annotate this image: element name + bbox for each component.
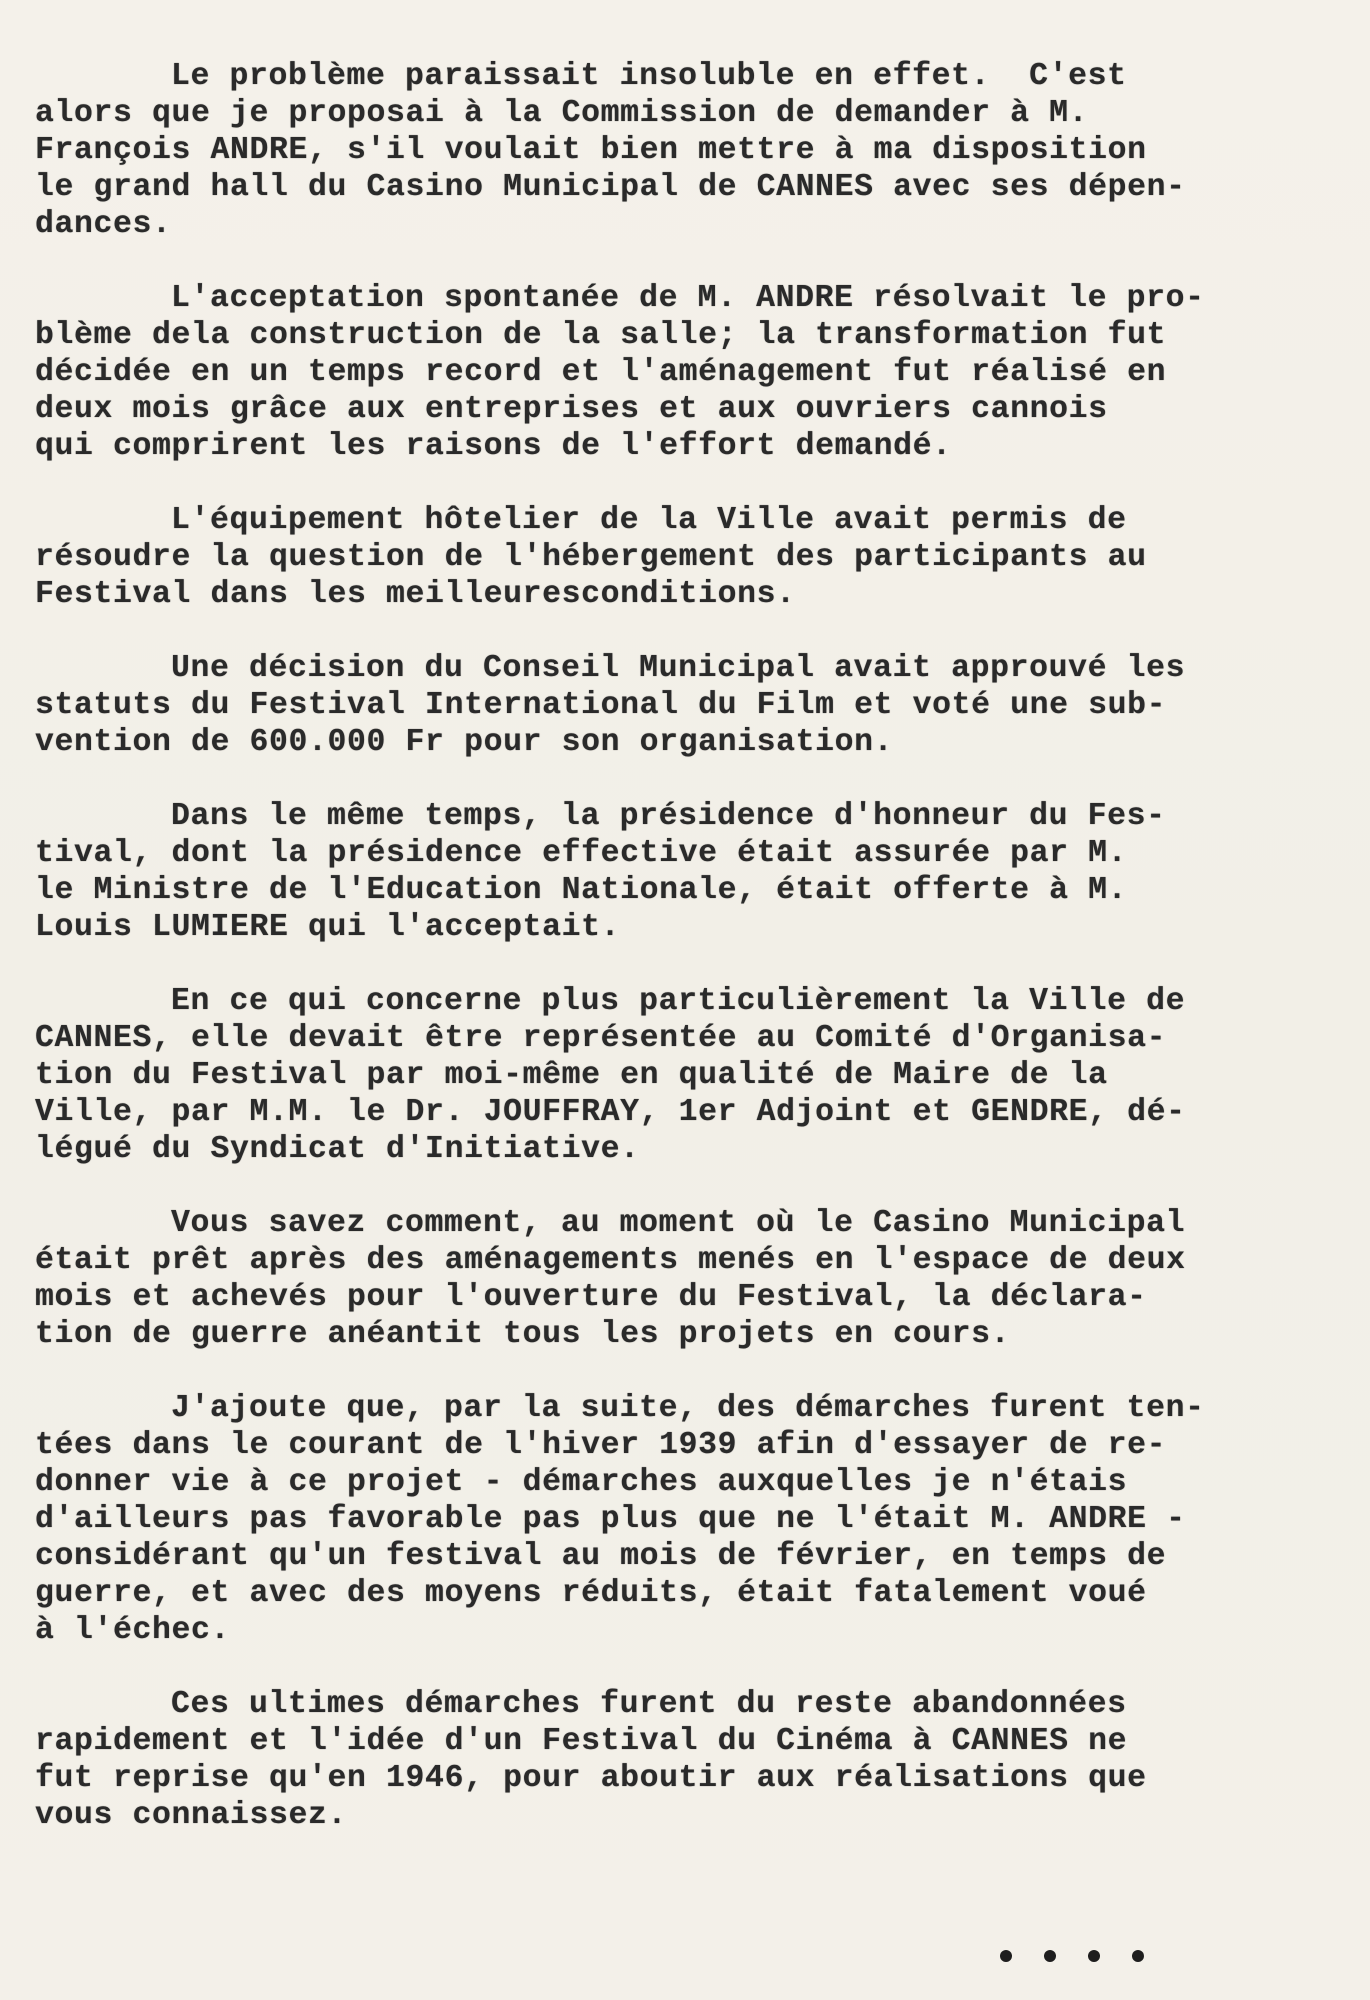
text-line: donner vie à ce projet - démarches auxqu… bbox=[35, 1464, 1365, 1501]
text-line: deux mois grâce aux entreprises et aux o… bbox=[35, 391, 1365, 428]
text-line: J'ajoute que, par la suite, des démarche… bbox=[35, 1390, 1365, 1427]
paragraph: En ce qui concerne plus particulièrement… bbox=[35, 983, 1365, 1168]
paragraph: L'acceptation spontanée de M. ANDRE réso… bbox=[35, 280, 1365, 465]
text-line: considérant qu'un festival au mois de fé… bbox=[35, 1538, 1365, 1575]
continuation-dot bbox=[1132, 1950, 1144, 1962]
text-line: qui comprirent les raisons de l'effort d… bbox=[35, 428, 1365, 465]
text-line: Louis LUMIERE qui l'acceptait. bbox=[35, 909, 1365, 946]
paragraph: J'ajoute que, par la suite, des démarche… bbox=[35, 1390, 1365, 1649]
text-line: Une décision du Conseil Municipal avait … bbox=[35, 650, 1365, 687]
text-line: le grand hall du Casino Municipal de CAN… bbox=[35, 169, 1365, 206]
text-line: En ce qui concerne plus particulièrement… bbox=[35, 983, 1365, 1020]
text-line: vention de 600.000 Fr pour son organisat… bbox=[35, 724, 1365, 761]
document-body: Le problème paraissait insoluble en effe… bbox=[35, 58, 1365, 1871]
text-line: François ANDRE, s'il voulait bien mettre… bbox=[35, 132, 1365, 169]
paragraph: L'équipement hôtelier de la Ville avait … bbox=[35, 502, 1365, 613]
text-line: tival, dont la présidence effective étai… bbox=[35, 835, 1365, 872]
paragraph: Vous savez comment, au moment où le Casi… bbox=[35, 1205, 1365, 1353]
text-line: tion de guerre anéantit tous les projets… bbox=[35, 1316, 1365, 1353]
text-line: fut reprise qu'en 1946, pour aboutir aux… bbox=[35, 1760, 1365, 1797]
text-line: Dans le même temps, la présidence d'honn… bbox=[35, 798, 1365, 835]
text-line: L'acceptation spontanée de M. ANDRE réso… bbox=[35, 280, 1365, 317]
text-line: Ville, par M.M. le Dr. JOUFFRAY, 1er Adj… bbox=[35, 1094, 1365, 1131]
paragraph: Une décision du Conseil Municipal avait … bbox=[35, 650, 1365, 761]
text-line: CANNES, elle devait être représentée au … bbox=[35, 1020, 1365, 1057]
continuation-dot bbox=[1000, 1950, 1012, 1962]
text-line: décidée en un temps record et l'aménagem… bbox=[35, 354, 1365, 391]
text-line: L'équipement hôtelier de la Ville avait … bbox=[35, 502, 1365, 539]
text-line: vous connaissez. bbox=[35, 1797, 1365, 1834]
text-line: Ces ultimes démarches furent du reste ab… bbox=[35, 1686, 1365, 1723]
text-line: légué du Syndicat d'Initiative. bbox=[35, 1131, 1365, 1168]
text-line: Le problème paraissait insoluble en effe… bbox=[35, 58, 1365, 95]
text-line: Festival dans les meilleuresconditions. bbox=[35, 576, 1365, 613]
continuation-dot bbox=[1044, 1950, 1056, 1962]
paragraph: Dans le même temps, la présidence d'honn… bbox=[35, 798, 1365, 946]
text-line: Vous savez comment, au moment où le Casi… bbox=[35, 1205, 1365, 1242]
text-line: à l'échec. bbox=[35, 1612, 1365, 1649]
continuation-marker bbox=[1000, 1950, 1144, 1962]
paragraph: Le problème paraissait insoluble en effe… bbox=[35, 58, 1365, 243]
text-line: alors que je proposai à la Commission de… bbox=[35, 95, 1365, 132]
text-line: était prêt après des aménagements menés … bbox=[35, 1242, 1365, 1279]
text-line: dances. bbox=[35, 206, 1365, 243]
text-line: tées dans le courant de l'hiver 1939 afi… bbox=[35, 1427, 1365, 1464]
paragraph: Ces ultimes démarches furent du reste ab… bbox=[35, 1686, 1365, 1834]
text-line: blème dela construction de la salle; la … bbox=[35, 317, 1365, 354]
text-line: guerre, et avec des moyens réduits, étai… bbox=[35, 1575, 1365, 1612]
text-line: statuts du Festival International du Fil… bbox=[35, 687, 1365, 724]
text-line: tion du Festival par moi-même en qualité… bbox=[35, 1057, 1365, 1094]
typewritten-page: Le problème paraissait insoluble en effe… bbox=[0, 0, 1370, 2000]
text-line: d'ailleurs pas favorable pas plus que ne… bbox=[35, 1501, 1365, 1538]
continuation-dot bbox=[1088, 1950, 1100, 1962]
text-line: mois et achevés pour l'ouverture du Fest… bbox=[35, 1279, 1365, 1316]
text-line: le Ministre de l'Education Nationale, ét… bbox=[35, 872, 1365, 909]
text-line: rapidement et l'idée d'un Festival du Ci… bbox=[35, 1723, 1365, 1760]
text-line: résoudre la question de l'hébergement de… bbox=[35, 539, 1365, 576]
